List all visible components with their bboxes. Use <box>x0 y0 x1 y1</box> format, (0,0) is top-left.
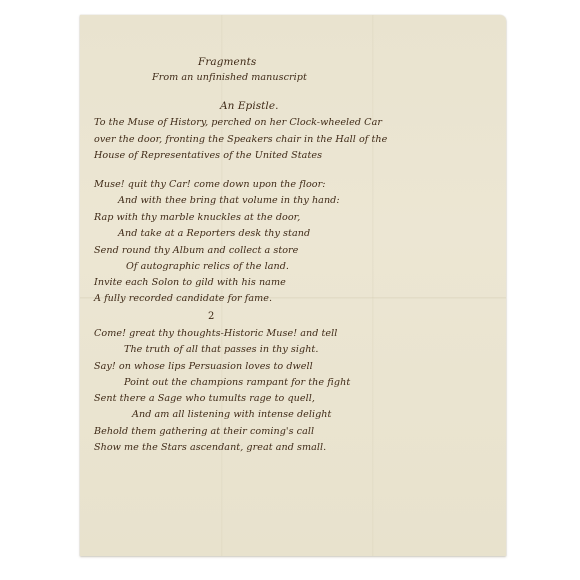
manuscript-title: Fragments <box>198 56 256 68</box>
verse-line: And with thee bring that volume in thy h… <box>118 195 340 206</box>
verse-line: A fully recorded candidate for fame. <box>94 293 272 304</box>
verse-line: Of autographic relics of the land. <box>126 261 289 272</box>
manuscript-page: Fragments From an unfinished manuscript … <box>80 15 506 556</box>
verse-line: And take at a Reporters desk thy stand <box>118 228 310 239</box>
verse-line: Say! on whose lips Persuasion loves to d… <box>94 361 313 372</box>
dedication-line: To the Muse of History, perched on her C… <box>94 117 382 128</box>
dedication-line: over the door, fronting the Speakers cha… <box>94 134 387 145</box>
image-canvas: Fragments From an unfinished manuscript … <box>0 0 580 580</box>
manuscript-subtitle: From an unfinished manuscript <box>152 72 307 83</box>
verse-line: Come! great thy thoughts-Historic Muse! … <box>94 328 337 339</box>
verse-line: The truth of all that passes in thy sigh… <box>124 344 318 355</box>
verse-line: Send round thy Album and collect a store <box>94 245 298 256</box>
verse-line: Sent there a Sage who tumults rage to qu… <box>94 393 315 404</box>
section-heading: An Epistle. <box>220 100 279 112</box>
dedication-line: House of Representatives of the United S… <box>94 150 322 161</box>
verse-line: Rap with thy marble knuckles at the door… <box>94 212 300 223</box>
page-number: 2 <box>208 311 214 322</box>
verse-line: And am all listening with intense deligh… <box>132 409 331 420</box>
verse-line: Point out the champions rampant for the … <box>124 377 350 388</box>
verse-line: Behold them gathering at their coming's … <box>94 426 314 437</box>
verse-line: Muse! quit thy Car! come down upon the f… <box>94 179 326 190</box>
verse-line: Show me the Stars ascendant, great and s… <box>94 442 326 453</box>
verse-line: Invite each Solon to gild with his name <box>94 277 286 288</box>
paper-fold-vertical <box>372 15 374 556</box>
